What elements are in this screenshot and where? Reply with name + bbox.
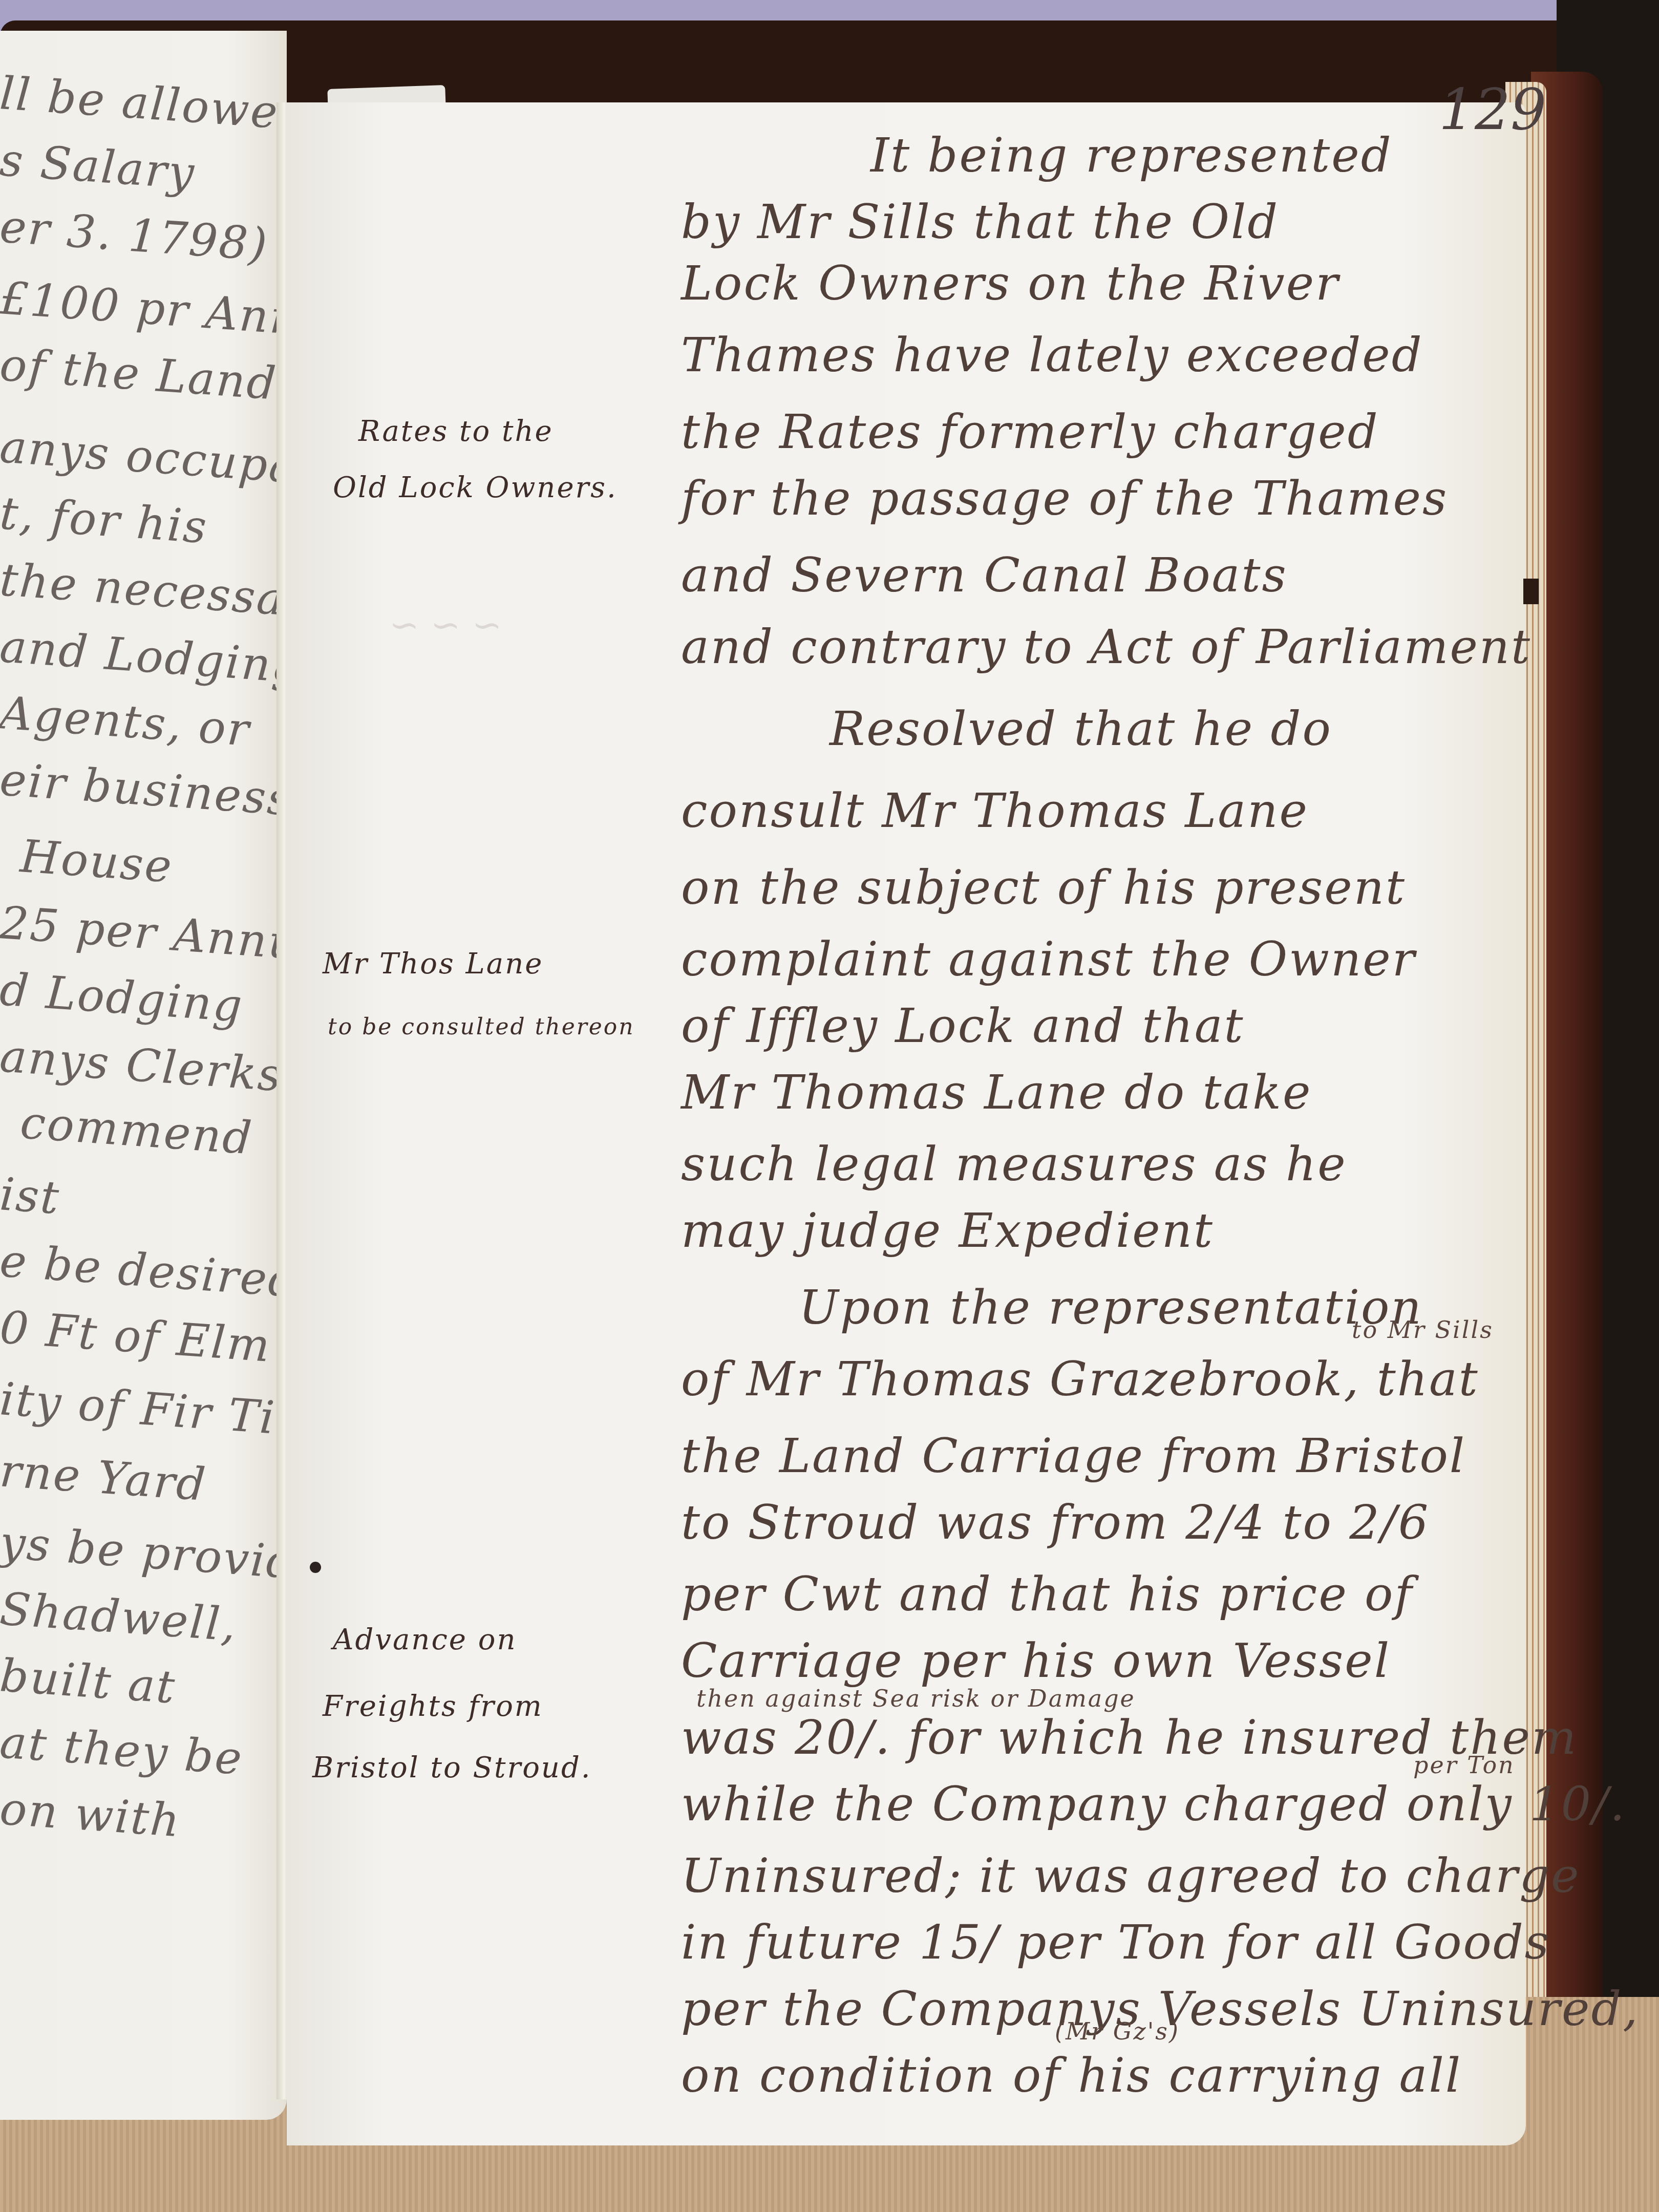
left-page-line: er 3. 1798) [0, 200, 270, 271]
body-line: while the Company charged only 10/. [681, 1777, 1626, 1832]
interlinear-insertion: then against Sea risk or Damage [696, 1685, 1136, 1712]
left-page-line: the necessary [0, 553, 287, 629]
left-page-line: anys Clerks [0, 1029, 284, 1101]
left-page-line: of the Land [0, 338, 279, 410]
margin-note-line: to be consulted thereon [328, 1014, 635, 1040]
left-page-line: Shadwell, [0, 1582, 239, 1651]
margin-note-line: Mr Thos Lane [323, 947, 543, 981]
interlinear-insertion: (Mr Gz's) [1055, 2017, 1180, 2045]
body-line: the Land Carriage from Bristol [681, 1429, 1466, 1483]
left-page-line: eir business [0, 753, 287, 826]
interlinear-insertion: to Mr Sills [1352, 1316, 1494, 1344]
body-line: may judge Expedient [681, 1203, 1214, 1258]
left-page-line: on with [0, 1782, 183, 1847]
left-page-line: s Salary [0, 133, 197, 199]
body-line: of Mr Thomas Grazebrook, that [681, 1352, 1479, 1407]
margin-note-line: Old Lock Owners. [333, 471, 618, 504]
body-line: of Iffley Lock and that [681, 998, 1245, 1053]
margin-note-line: Bristol to Stroud. [312, 1751, 592, 1784]
left-page-line: ist [0, 1167, 62, 1224]
body-line: complaint against the Owner [681, 932, 1416, 987]
left-page-line: ll be allowed, [0, 67, 287, 142]
left-page-line: d Lodging [0, 963, 245, 1032]
body-line: for the passage of the Thames [681, 471, 1448, 526]
body-line: and contrary to Act of Parliament [681, 620, 1532, 674]
left-page-line: t, for his [0, 486, 209, 554]
left-page-line: ys be provided [0, 1516, 287, 1593]
body-line: to Stroud was from 2/4 to 2/6 [681, 1495, 1430, 1550]
left-page-line: £100 pr Annum [0, 271, 287, 350]
left-page-line: commend [18, 1096, 254, 1165]
body-line: on condition of his carrying all [681, 2048, 1462, 2103]
body-line: Resolved that he do [829, 701, 1332, 756]
ink-dot-mark [310, 1562, 321, 1573]
left-page-line: and Lodging [0, 620, 287, 693]
left-page-line: at they be [0, 1715, 245, 1785]
body-line: Lock Owners on the River [681, 256, 1339, 311]
body-line: in future 15/ per Ton for all Goods [681, 1915, 1550, 1970]
body-line: by Mr Sills that the Old [681, 195, 1279, 249]
margin-note-line: Advance on [333, 1623, 517, 1656]
ribbon-marker [1523, 579, 1539, 604]
body-line: Uninsured; it was agreed to charge [681, 1848, 1580, 1903]
left-page-line: House [18, 829, 175, 893]
body-line: per Cwt and that his price of [681, 1567, 1414, 1622]
body-line: Carriage per his own Vessel [681, 1633, 1391, 1688]
margin-note-line: Freights from [323, 1690, 543, 1723]
body-line: Thames have lately exceeded [681, 328, 1423, 382]
left-page-line: built at [0, 1649, 178, 1714]
left-page-line: 0 Ft of Elm [0, 1301, 273, 1372]
body-line: on the subject of his present [681, 860, 1406, 915]
left-page-line: 25 per Annum [0, 896, 287, 973]
folio-number: 129 [1439, 77, 1546, 142]
body-line: Upon the representation [799, 1280, 1423, 1335]
left-page-line: rne Yard [0, 1444, 209, 1511]
body-line: such legal measures as he [681, 1137, 1347, 1192]
interlinear-insertion: per Ton [1413, 1751, 1515, 1779]
left-page: ll be allowed, s Salary er 3. 1798) £100… [0, 31, 287, 2120]
body-line: and Severn Canal Boats [681, 548, 1288, 603]
bleed-through-text: ~ ~ ~ [389, 604, 502, 646]
body-line: It being represented [870, 128, 1393, 183]
margin-note-line: Rates to the [358, 415, 554, 448]
left-page-line: ity of Fir Timber [0, 1372, 287, 1453]
body-line: consult Mr Thomas Lane [681, 783, 1309, 838]
body-line: Mr Thomas Lane do take [681, 1065, 1312, 1120]
body-line: the Rates formerly charged [681, 405, 1379, 459]
left-page-line: anys occupation [0, 420, 287, 500]
left-page-line: e be desired [0, 1234, 287, 1308]
left-page-line: Agents, or [0, 686, 252, 756]
